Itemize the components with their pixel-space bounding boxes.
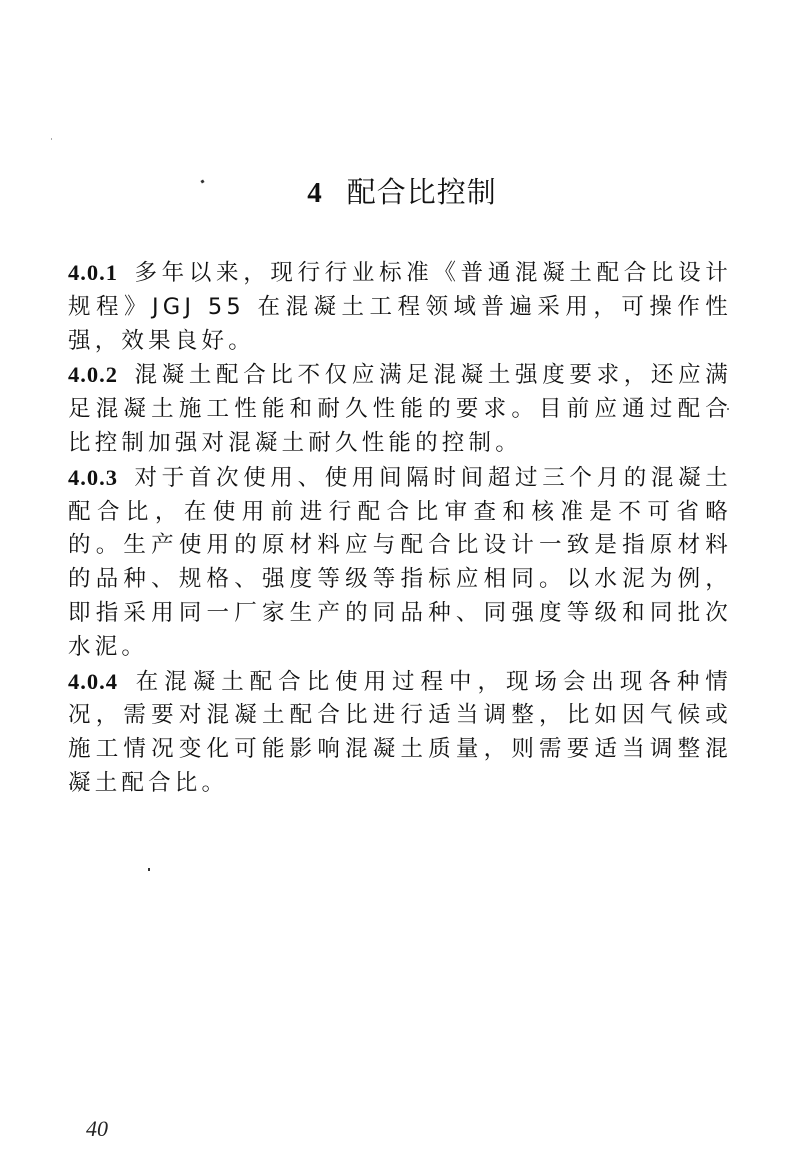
chapter-body: 4.0.1多年以来，现行行业标准《普通混凝土配合比设计规程》JGJ 55 在混凝… (68, 256, 732, 801)
clause-text: 混凝土配合比不仅应满足混凝土强度要求，还应满足混凝土施工性能和耐久性能的要求。目… (68, 362, 732, 456)
chapter-heading: 4配合比控制 (0, 172, 800, 213)
clause-number: 4.0.4 (68, 669, 118, 694)
clause-text: 多年以来，现行行业标准《普通混凝土配合比设计规程》JGJ 55 在混凝土工程领域… (68, 260, 732, 354)
scan-speck (51, 138, 52, 140)
chapter-number: 4 (307, 177, 323, 209)
clause-text: 在混凝土配合比使用过程中，现场会出现各种情况，需要对混凝土配合比进行适当调整，比… (68, 669, 732, 796)
scan-speck (727, 408, 729, 410)
document-page: 4配合比控制 4.0.1多年以来，现行行业标准《普通混凝土配合比设计规程》JGJ… (0, 0, 800, 1168)
clause-text: 对于首次使用、使用间隔时间超过三个月的混凝土配合比，在使用前进行配合比审查和核准… (68, 465, 732, 660)
page-number: 40 (86, 1116, 108, 1142)
clause-number: 4.0.3 (68, 465, 118, 490)
clause-number: 4.0.2 (68, 362, 118, 387)
chapter-title-text: 配合比控制 (347, 175, 497, 209)
clause-number: 4.0.1 (68, 260, 118, 285)
clause-4-0-4: 4.0.4在混凝土配合比使用过程中，现场会出现各种情况，需要对混凝土配合比进行适… (68, 665, 732, 801)
clause-4-0-3: 4.0.3对于首次使用、使用间隔时间超过三个月的混凝土配合比，在使用前进行配合比… (68, 461, 732, 665)
clause-4-0-2: 4.0.2混凝土配合比不仅应满足混凝土强度要求，还应满足混凝土施工性能和耐久性能… (68, 358, 732, 460)
clause-4-0-1: 4.0.1多年以来，现行行业标准《普通混凝土配合比设计规程》JGJ 55 在混凝… (68, 256, 732, 358)
scan-speck (148, 868, 150, 871)
